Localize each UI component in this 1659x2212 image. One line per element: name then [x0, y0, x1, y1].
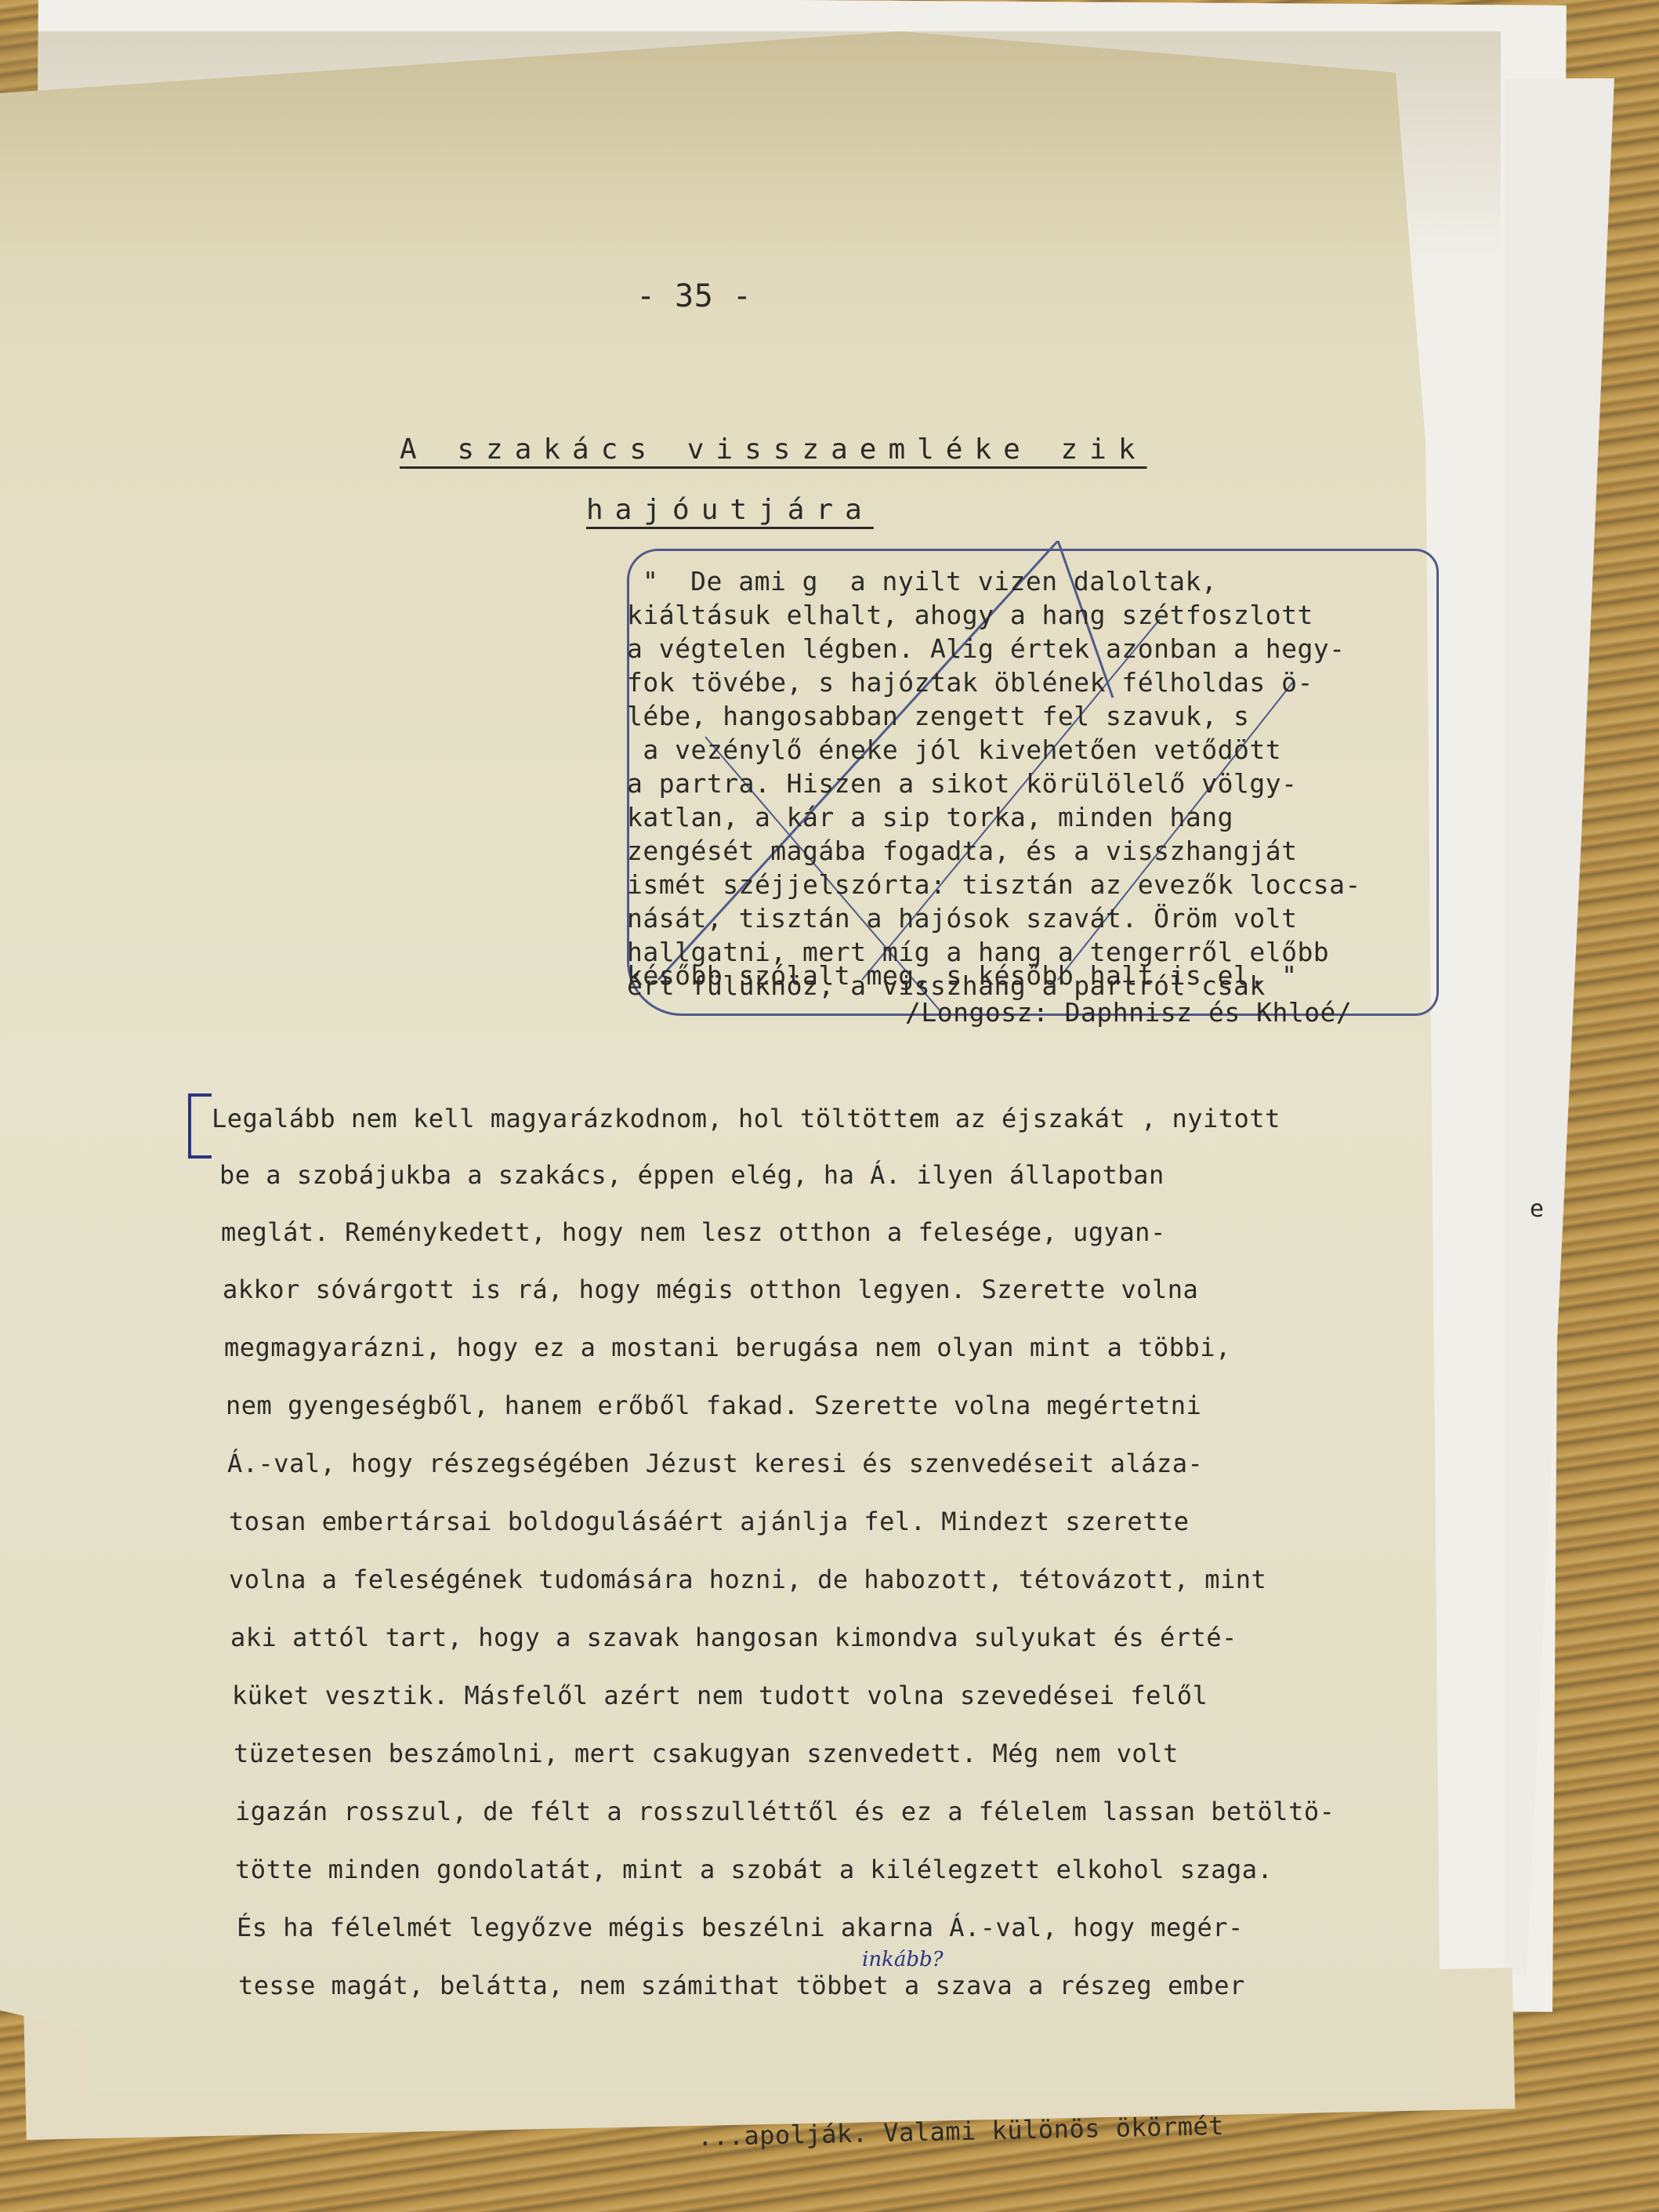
- quote-line: a végtelen légben. Alig értek azonban a …: [627, 633, 1346, 664]
- body-line: Legalább nem kell magyarázkodnom, hol tö…: [212, 1104, 1280, 1133]
- body-line: megmagyarázni, hogy ez a mostani berugás…: [224, 1333, 1231, 1362]
- quote-line: kiáltásuk elhalt, ahogy a hang szétfoszl…: [627, 600, 1313, 630]
- handwritten-note: inkább?: [862, 1948, 944, 1971]
- body-line: tesse magát, belátta, nem számithat több…: [238, 1971, 1245, 2000]
- body-line: nem gyengeségből, hanem erőből fakad. Sz…: [226, 1391, 1201, 1420]
- quote-line: lébe, hangosabban zengett fel szavuk, s: [627, 701, 1249, 731]
- quote-line: nását, tisztán a hajósok szavát. Öröm vo…: [627, 903, 1297, 934]
- body-line: aki attól tart, hogy a szavak hangosan k…: [230, 1623, 1237, 1652]
- body-line: be a szobájukba a szakács, éppen elég, h…: [219, 1160, 1165, 1190]
- body-line: Á.-val, hogy részegségében Jézust keresi…: [227, 1449, 1203, 1478]
- body-line: igazán rosszul, de félt a rosszulléttől …: [235, 1797, 1335, 1826]
- body-line: küket vesztik. Másfelől azért nem tudott…: [232, 1681, 1208, 1710]
- body-line: volna a feleségének tudomására hozni, de…: [229, 1565, 1266, 1594]
- quote-line: a vezénylő éneke jól kivehetően vetődött: [627, 734, 1281, 765]
- body-line: tötte minden gondolatát, mint a szobát a…: [235, 1855, 1273, 1884]
- back-sheet-edge: [1505, 78, 1614, 1975]
- page-number: - 35 -: [636, 278, 752, 314]
- typed-page: [0, 31, 1501, 2093]
- quote-line: ismét széjjelszórta: tisztán az evezők l…: [627, 869, 1361, 900]
- body-line: meglát. Reménykedett, hogy nem lesz otth…: [221, 1217, 1166, 1247]
- body-line: akkor sóvárgott is rá, hogy mégis otthon…: [223, 1275, 1198, 1304]
- page-stain: [0, 31, 1501, 267]
- quote-line: zengését magába fogadta, és a visszhangj…: [627, 836, 1297, 866]
- body-line: És ha félelmét legyőzve mégis beszélni a…: [237, 1913, 1244, 1942]
- body-line: tüzetesen beszámolni, mert csakugyan sze…: [234, 1739, 1179, 1768]
- quote-line: a partra. Hiszen a sikot körülölelő völg…: [627, 768, 1297, 799]
- body-line: tosan embertársai boldogulásáért ajánlja…: [229, 1507, 1189, 1536]
- chapter-title-line-2: hajóutjára: [586, 494, 874, 526]
- quote-attribution: /Longosz: Daphnisz és Khloé/: [905, 997, 1352, 1028]
- quote-line: katlan, a kár a sip torka, minden hang: [627, 802, 1233, 832]
- quote-line: fok tövébe, s hajóztak öblének félholdas…: [627, 667, 1313, 698]
- quote-last-line: később szólalt meg, s később halt is el.…: [627, 960, 1297, 991]
- chapter-title-line-1: A szakács visszaemléke zik: [400, 433, 1147, 466]
- quote-line: " De ami g a nyilt vizen daloltak,: [643, 566, 1217, 597]
- side-fragment: e: [1530, 1195, 1545, 1223]
- paragraph-bracket-icon: [188, 1093, 212, 1159]
